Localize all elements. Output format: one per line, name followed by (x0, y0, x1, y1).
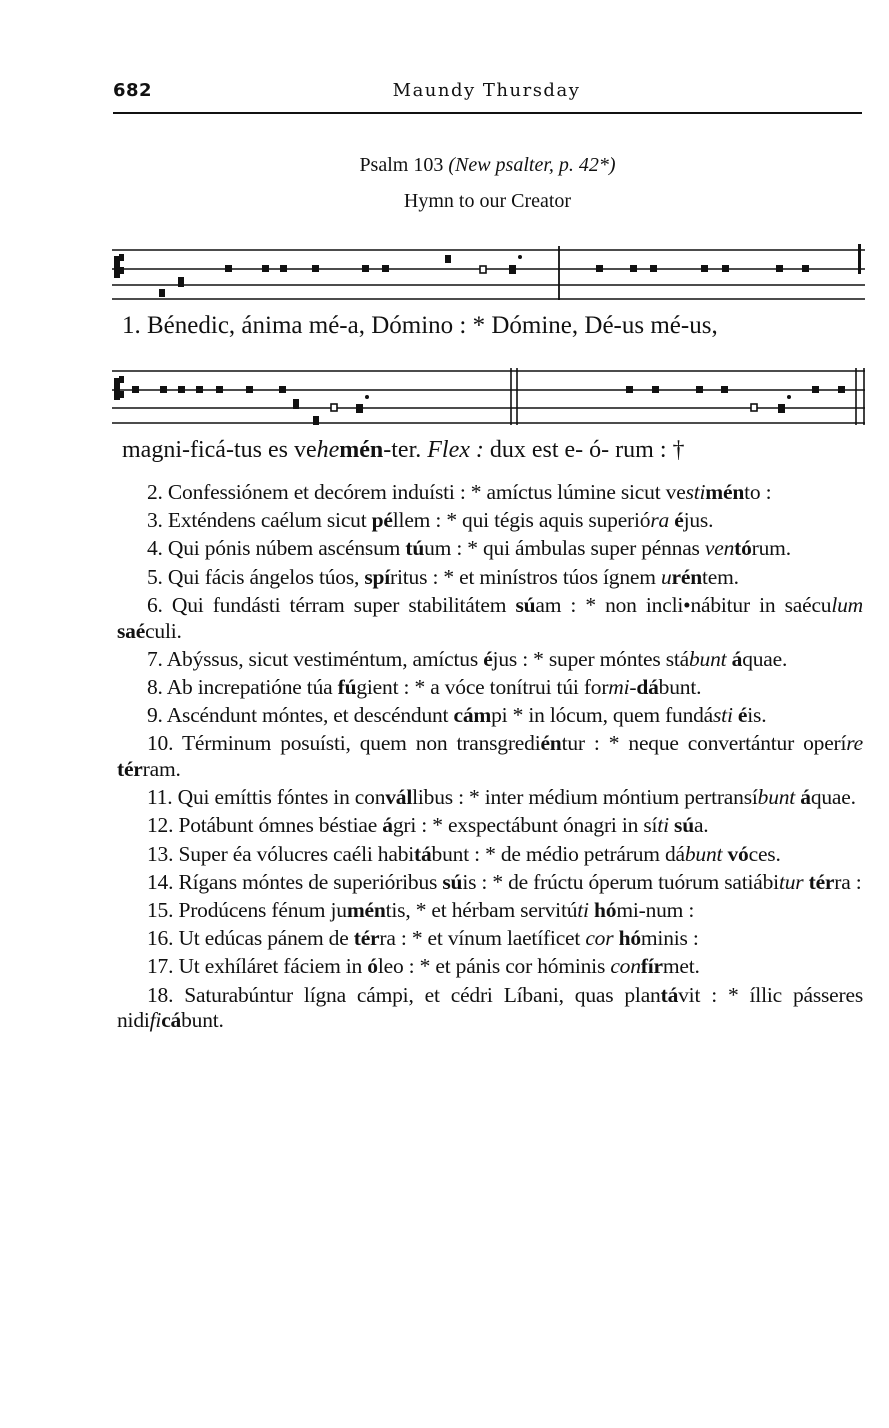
verse-number: 12. (147, 813, 178, 837)
psalm-number: Psalm 103 (359, 154, 443, 176)
accent-syllable: spí (364, 565, 390, 589)
verse-4: 4. Qui pónis núbem ascénsum túum : * qui… (117, 536, 863, 562)
accent-syllable: dá (636, 675, 658, 699)
preparatory-syllable: sti (686, 480, 706, 504)
verse-text: gient : * a vóce tonítrui túi for (356, 675, 608, 699)
verse-text: libus : * inter médium móntium pertransí (412, 785, 758, 809)
running-title: Maundy Thursday (113, 80, 860, 101)
verse-2: 2. Confessiónem et decórem induísti : * … (117, 480, 863, 506)
accent-syllable: rén (672, 565, 702, 589)
verse-text: leo : * et pánis cor hóminis (378, 954, 610, 978)
verse-number: 2. (147, 480, 168, 504)
verse-3: 3. Exténdens caélum sicut péllem : * qui… (117, 508, 863, 534)
accent-syllable: cá (161, 1008, 181, 1032)
verse-number: 4. (147, 536, 168, 560)
verse-12: 12. Potábunt ómnes béstiae ágri : * exsp… (117, 813, 863, 839)
verse-text: minis : (641, 926, 699, 950)
verse-text: bunt. (659, 675, 702, 699)
accent-syllable: é (738, 703, 747, 727)
verse-number: 16. (147, 926, 178, 950)
flex-text: dux est e- ó- rum : † (490, 437, 685, 463)
verse-text: ra : (834, 870, 861, 894)
verse-text: ritus : * et minístros túos ígnem (390, 565, 661, 589)
accent-syllable: én (540, 731, 561, 755)
accent-syllable: vó (728, 842, 749, 866)
preparatory-syllable: ti (657, 813, 669, 837)
verse-text: jus. (684, 508, 714, 532)
accent-syllable: sú (442, 870, 462, 894)
accent-syllable: sú (515, 593, 535, 617)
verse-17: 17. Ut exhíláret fáciem in óleo : * et p… (117, 954, 863, 980)
psalm-reference: (New psalter, p. 42*) (448, 154, 615, 176)
verse-text: is. (747, 703, 766, 727)
verse-text: rum. (752, 536, 791, 560)
preparatory-syllable: sti (713, 703, 733, 727)
verse-number: 17. (147, 954, 178, 978)
verse-text: to : (744, 480, 771, 504)
verse-text: a. (694, 813, 709, 837)
verse-6: 6. Qui fundásti térram super stabilitáte… (117, 593, 863, 645)
verse-text: pi * in lócum, quem fundá (491, 703, 713, 727)
accent-syllable: tá (661, 983, 679, 1007)
verse-text: tem. (702, 565, 739, 589)
neume-notation-icon (112, 240, 867, 302)
verse-text: quae. (811, 785, 856, 809)
verse-18: 18. Saturabúntur lígna cámpi, et cédri L… (117, 983, 863, 1035)
accent-syllable: fír (641, 954, 663, 978)
preparatory-syllable: mi- (608, 675, 636, 699)
verse-number: 11. (147, 785, 178, 809)
verse-text: met. (663, 954, 700, 978)
chant-text-line-1: 1. Bénedic, ánima mé-a, Dómino : * Dómin… (122, 312, 867, 340)
header-rule (113, 112, 862, 114)
verse-text: tis, * et hérbam servitú (386, 898, 578, 922)
verse-text: bunt : * de médio petrárum dá (432, 842, 685, 866)
accent-syllable: cám (454, 703, 492, 727)
verse-10: 10. Términum posuísti, quem non transgre… (117, 731, 863, 783)
accent-syllable: á (382, 813, 393, 837)
accent-syllable: tér (354, 926, 380, 950)
verse-text: mi-num : (616, 898, 694, 922)
verse-text: Ut edúcas pánem de (178, 926, 353, 950)
verse-text: quae. (742, 647, 787, 671)
accent-syllable: tú (405, 536, 424, 560)
chant-text-italic: he (317, 437, 340, 463)
verse-text: um : * qui ámbulas super pénnas (424, 536, 705, 560)
verse-text: Ut exhíláret fáciem in (178, 954, 367, 978)
accent-syllable: mén (347, 898, 386, 922)
verse-text: Abýssus, sicut vestiméntum, amíctus (167, 647, 483, 671)
verse-7: 7. Abýssus, sicut vestiméntum, amíctus é… (117, 647, 863, 673)
accent-syllable: é (483, 647, 492, 671)
flex-label: Flex : (427, 437, 484, 463)
psalm-title: Psalm 103 (New psalter, p. 42*) (113, 154, 862, 177)
preparatory-syllable: con (610, 954, 640, 978)
verse-text: Super éa vólucres caéli habi (178, 842, 414, 866)
verse-16: 16. Ut edúcas pánem de térra : * et vínu… (117, 926, 863, 952)
verse-number: 18. (147, 983, 184, 1007)
verse-text: gri : * exspectábunt ónagri in sí (393, 813, 657, 837)
running-header: 682 Maundy Thursday (113, 80, 860, 108)
preparatory-syllable: tur (779, 870, 804, 894)
verse-13: 13. Super éa vólucres caéli habitábunt :… (117, 842, 863, 868)
verse-text: culi. (145, 619, 182, 643)
verse-text: bunt. (181, 1008, 224, 1032)
verse-text: ces. (749, 842, 781, 866)
accent-syllable: pé (372, 508, 393, 532)
preparatory-syllable: ven (705, 536, 734, 560)
accent-syllable: é (674, 508, 683, 532)
accent-syllable: fú (338, 675, 357, 699)
preparatory-syllable: fi (150, 1008, 162, 1032)
preparatory-syllable: bunt (685, 842, 722, 866)
verse-number: 3. (147, 508, 168, 532)
verse-number: 5. (147, 565, 168, 589)
accent-syllable: sú (674, 813, 694, 837)
verse-number: 15. (147, 898, 178, 922)
accent-syllable: á (732, 647, 743, 671)
verse-15: 15. Prodúcens fénum juméntis, * et hérba… (117, 898, 863, 924)
verse-text: Ab increpatióne túa (167, 675, 338, 699)
verse-number: 10. (147, 731, 182, 755)
accent-syllable: tér (809, 870, 835, 894)
verse-text: is : * de frúctu óperum tuórum satiábi (462, 870, 779, 894)
verse-text: Ascéndunt móntes, et descéndunt (167, 703, 454, 727)
chant-text-post: -ter. (383, 437, 421, 463)
verse-text: Confessiónem et decórem induísti : * amí… (168, 480, 666, 504)
accent-syllable: ó (367, 954, 378, 978)
preparatory-syllable: u (661, 565, 672, 589)
verse-text: llem : * qui tégis aquis superió (393, 508, 651, 532)
preparatory-syllable: cor (585, 926, 613, 950)
chant-text-line-2: magni-ficá-tus es vehemén-ter. Flex : du… (122, 437, 867, 464)
psalm-verses: 2. Confessiónem et decórem induísti : * … (117, 480, 863, 1037)
accent-syllable: tér (117, 757, 143, 781)
verse-number: 9. (147, 703, 167, 727)
verse-text: am : * non incli•nábitur in saécu (535, 593, 831, 617)
verse-text: ve (666, 480, 686, 504)
preparatory-syllable: re (846, 731, 863, 755)
accent-syllable: tó (734, 536, 752, 560)
verse-14: 14. Rígans móntes de superióribus súis :… (117, 870, 863, 896)
verse-number: 13. (147, 842, 178, 866)
verse-11: 11. Qui emíttis fóntes in convállibus : … (117, 785, 863, 811)
accent-syllable: á (800, 785, 811, 809)
verse-text: Qui emíttis fóntes in con (178, 785, 386, 809)
verse-8: 8. Ab increpatióne túa fúgient : * a vóc… (117, 675, 863, 701)
accent-syllable: hó (594, 898, 616, 922)
accent-syllable: hó (619, 926, 641, 950)
verse-number: 14. (147, 870, 178, 894)
preparatory-syllable: ti (577, 898, 589, 922)
verse-number: 8. (147, 675, 167, 699)
accent-syllable: mén (705, 480, 744, 504)
preparatory-syllable: ra (650, 508, 669, 532)
verse-text: Exténdens caélum sicut (168, 508, 372, 532)
verse-text: Rígans móntes de superióribus (178, 870, 442, 894)
verse-text: Prodúcens fénum ju (178, 898, 346, 922)
preparatory-syllable: bunt (758, 785, 795, 809)
verse-text: Saturabúntur lígna cámpi, et cédri Líban… (184, 983, 660, 1007)
verse-text: tur : * neque convertántur operí (562, 731, 847, 755)
chant-text-bold: mén (339, 437, 383, 463)
psalm-subtitle: Hymn to our Creator (113, 190, 862, 213)
accent-syllable: tá (414, 842, 432, 866)
verse-text: jus : * super móntes stá (493, 647, 689, 671)
chant-staff-2 (112, 366, 867, 426)
verse-text: Qui fácis ángelos túos, (168, 565, 364, 589)
verse-number: 7. (147, 647, 167, 671)
accent-syllable: vál (385, 785, 412, 809)
neume-notation-icon (112, 366, 867, 426)
verse-text: Potábunt ómnes béstiae (178, 813, 382, 837)
preparatory-syllable: lum (831, 593, 863, 617)
verse-9: 9. Ascéndunt móntes, et descéndunt cámpi… (117, 703, 863, 729)
verse-text: ram. (143, 757, 181, 781)
verse-text: Qui fundásti térram super stabilitátem (172, 593, 516, 617)
verse-number: 6. (147, 593, 172, 617)
chant-staff-1 (112, 240, 867, 302)
verse-text: Qui pónis núbem ascénsum (168, 536, 405, 560)
chant-text-pre: magni-ficá-tus es ve (122, 437, 317, 463)
verse-5: 5. Qui fácis ángelos túos, spíritus : * … (117, 565, 863, 591)
verse-text: Términum posuísti, quem non transgredi (182, 731, 541, 755)
accent-syllable: saé (117, 619, 145, 643)
verse-text: ra : * et vínum laetíficet (379, 926, 585, 950)
preparatory-syllable: bunt (689, 647, 726, 671)
